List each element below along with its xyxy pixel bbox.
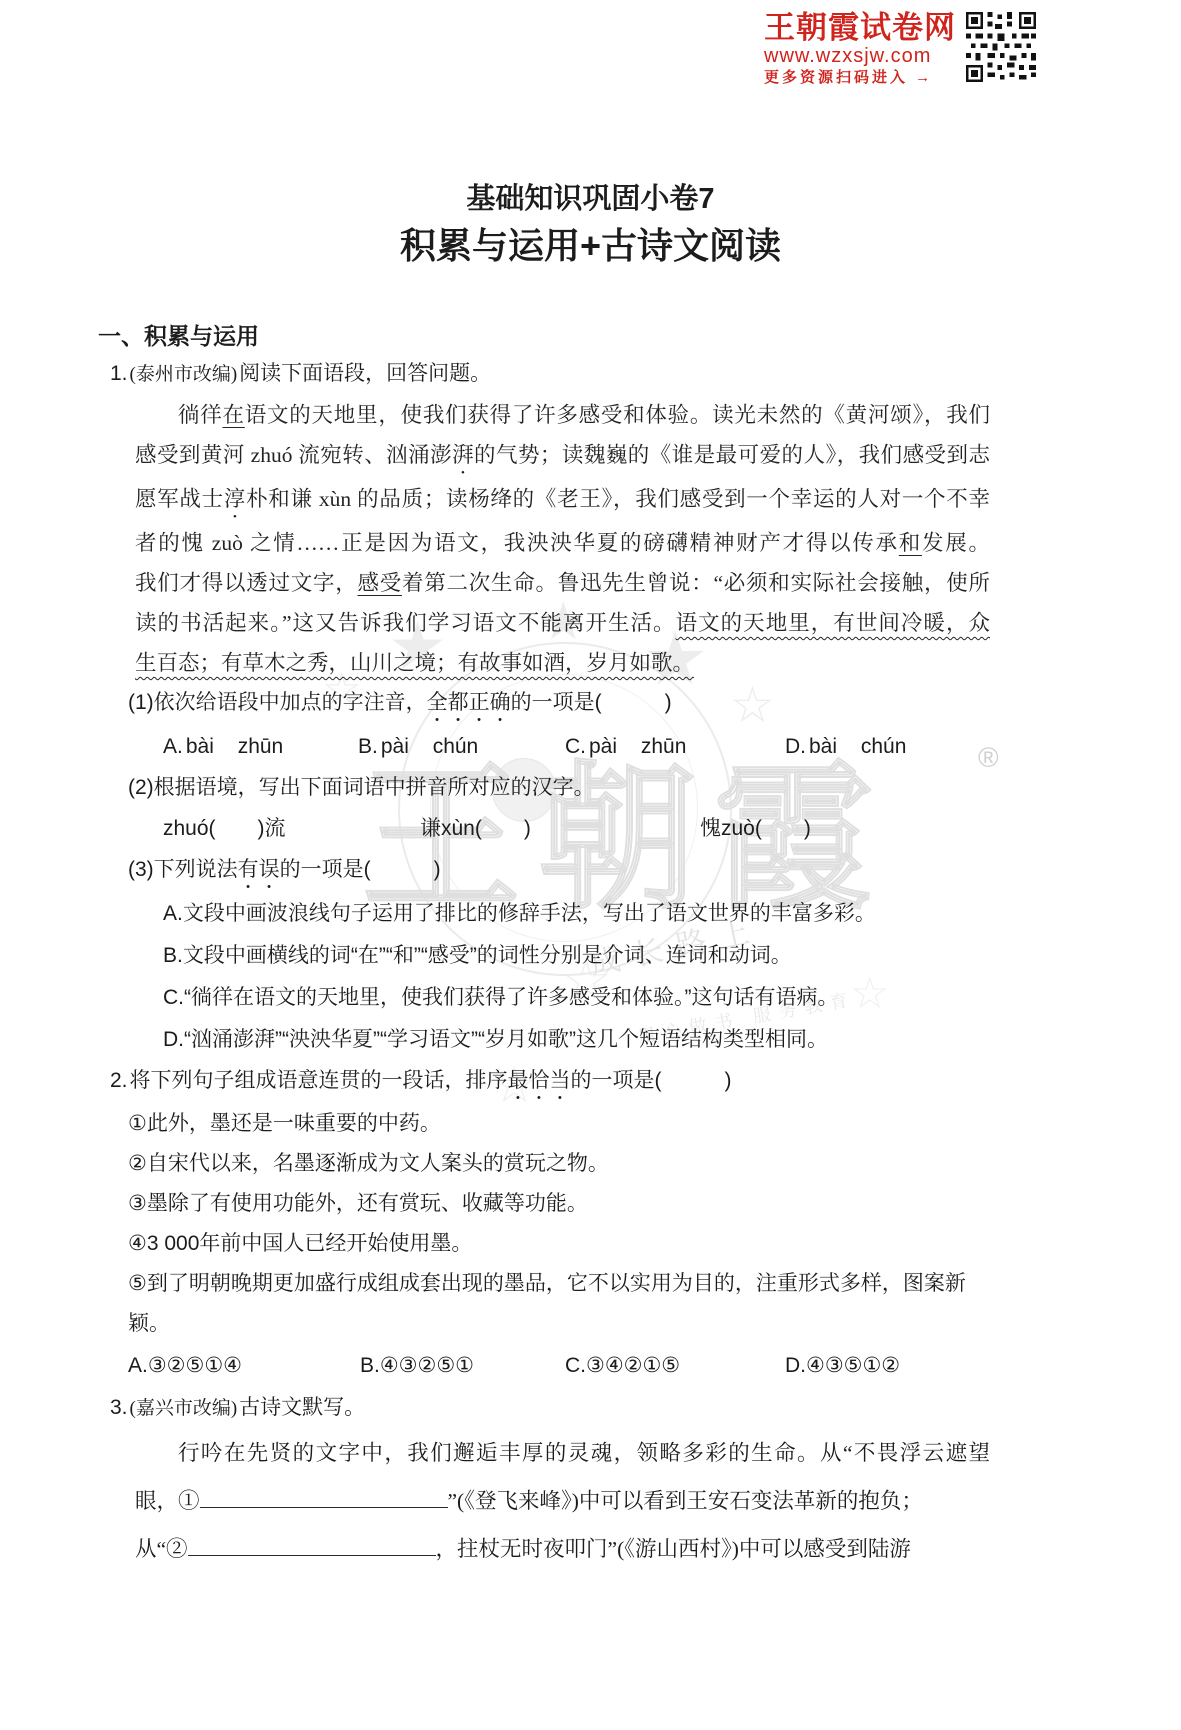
question-3-head: 3.(嘉兴市改编)古诗文默写。: [110, 1388, 990, 1429]
dictation-line: 从“②，拄杖无时夜叩门”(《游山西村》)中可以感受到陆游: [135, 1525, 990, 1573]
option-b: B.④③②⑤①: [360, 1344, 565, 1388]
question-number: 1.: [110, 362, 128, 385]
passage-line: 生百态；有草木之秀，山川之境；有故事如酒，岁月如歌。: [135, 643, 990, 683]
passage-line: 愿军战士淳朴和谦 xùn 的品质；读杨绛的《老王》，我们感受到一个幸运的人对一个…: [135, 479, 990, 523]
option-text: bài chún: [809, 735, 906, 758]
option-label: B.: [360, 1354, 380, 1377]
option-d: D.④③⑤①②: [785, 1344, 900, 1388]
question-1-head: 1.(泰州市改编)阅读下面语段，回答问题。: [110, 354, 990, 395]
order-options-row: A.③②⑤①④ B.④③②⑤① C.③④②①⑤ D.④③⑤①②: [128, 1344, 990, 1388]
question-2: 2.将下列句子组成语意连贯的一段话，排序最恰当的一项是( ) ①此外，墨还是一味…: [98, 1061, 990, 1388]
option-a: A.bài zhūn: [163, 726, 358, 768]
option-text: bài zhūn: [186, 735, 283, 758]
site-tagline: 更多资源扫码进入 →: [764, 68, 956, 88]
option-b: B.pài chún: [358, 726, 565, 768]
hanzi-blank-row: zhuó( )流 谦xùn( ) 愧zuò( ): [163, 808, 990, 850]
doc-title: 积累与运用+古诗文阅读: [0, 224, 1181, 268]
site-url: www.wzxsjw.com: [764, 44, 956, 68]
option-b: B.文段中画横线的词“在”“和”“感受”的词性分别是介词、连词和动词。: [163, 935, 990, 977]
hanzi-blank: 谦xùn( ): [420, 808, 700, 850]
question-source: (嘉兴市改编): [130, 1398, 238, 1419]
question-3: 3.(嘉兴市改编)古诗文默写。 行吟在先贤的文字中，我们邂逅丰厚的灵魂，领略多彩…: [98, 1388, 990, 1573]
option-label: B.: [358, 735, 378, 758]
hanzi-blank: zhuó( )流: [163, 808, 420, 850]
sentence-5: ⑤到了明朝晚期更加盛行成组成套出现的墨品，它不以实用为目的，注重形式多样，图案新…: [128, 1264, 990, 1344]
option-d: D.“汹涌澎湃”“泱泱华夏”“学习语文”“岁月如歌”这几个短语结构类型相同。: [163, 1019, 990, 1061]
option-d: D.bài chún: [785, 726, 906, 768]
section-heading: 一、积累与运用: [98, 318, 990, 354]
site-header: 王朝霞试卷网 www.wzxsjw.com 更多资源扫码进入 →: [764, 12, 1036, 88]
sentence-2: ②自宋代以来，名墨逐渐成为文人案头的赏玩之物。: [128, 1144, 990, 1184]
option-c: C.“徜徉在语文的天地里，使我们获得了许多感受和体验。”这句话有语病。: [163, 977, 990, 1019]
content: 一、积累与运用 1.(泰州市改编)阅读下面语段，回答问题。 徜徉在语文的天地里，…: [98, 318, 990, 1573]
passage-line: 读的书活起来。”这又告诉我们学习语文不能离开生活。语文的天地里，有世间冷暖，众: [135, 603, 990, 643]
option-label: D.: [785, 735, 806, 758]
option-text: ③②⑤①④: [148, 1354, 242, 1377]
option-text: ③④②①⑤: [586, 1354, 680, 1377]
sentence-1: ①此外，墨还是一味重要的中药。: [128, 1104, 990, 1144]
passage-line: 我们才得以透过文字，感受着第二次生命。鲁迅先生曾说：“必须和实际社会接触，使所: [135, 563, 990, 603]
question-stem: 将下列句子组成语意连贯的一段话，排序最恰当的一项是( ): [130, 1069, 732, 1092]
option-a: A.③②⑤①④: [128, 1344, 360, 1388]
site-name: 王朝霞试卷网: [764, 12, 956, 44]
question-source: (泰州市改编): [130, 364, 238, 385]
option-c: C.③④②①⑤: [565, 1344, 785, 1388]
passage: 徜徉在语文的天地里，使我们获得了许多感受和体验。读光未然的《黄河颂》，我们 感受…: [135, 395, 990, 683]
question-1: 1.(泰州市改编)阅读下面语段，回答问题。 徜徉在语文的天地里，使我们获得了许多…: [98, 354, 990, 1061]
question-stem: 阅读下面语段，回答问题。: [239, 362, 491, 385]
option-a: A.文段中画波浪线句子运用了排比的修辞手法，写出了语文世界的丰富多彩。: [163, 893, 990, 935]
question-2-head: 2.将下列句子组成语意连贯的一段话，排序最恰当的一项是( ): [110, 1061, 990, 1104]
option-label: D.: [785, 1354, 806, 1377]
doc-subtitle: 基础知识巩固小卷7: [0, 182, 1181, 216]
sub-question-2-stem: (2)根据语境，写出下面词语中拼音所对应的汉字。: [128, 768, 990, 808]
passage-line: 者的愧 zuò 之情……正是因为语文，我泱泱华夏的磅礴精神财产才得以传承和发展。: [135, 523, 990, 563]
sub-question-1-stem: (1)依次给语段中加点的字注音，全都正确的一项是( ): [128, 683, 990, 726]
option-c: C.pài zhūn: [565, 726, 785, 768]
qr-code-icon: [966, 12, 1036, 82]
dictation-passage: 行吟在先贤的文字中，我们邂逅丰厚的灵魂，领略多彩的生命。从“不畏浮云遮望 眼，①…: [135, 1429, 990, 1573]
dictation-line: 眼，①”(《登飞来峰》)中可以看到王安石变法革新的抱负；: [135, 1477, 990, 1525]
hanzi-blank: 愧zuò( ): [700, 808, 811, 850]
question-stem: 古诗文默写。: [239, 1396, 365, 1419]
passage-line: 感受到黄河 zhuó 流宛转、汹涌澎湃的气势；读魏巍的《谁是最可爱的人》，我们感…: [135, 435, 990, 479]
sentence-3: ③墨除了有使用功能外，还有赏玩、收藏等功能。: [128, 1184, 990, 1224]
option-text: pài chún: [381, 735, 478, 758]
site-brand-text: 王朝霞试卷网 www.wzxsjw.com 更多资源扫码进入 →: [764, 12, 956, 88]
sub-question-3-stem: (3)下列说法有误的一项是( ): [128, 850, 990, 893]
option-text: ④③②⑤①: [380, 1354, 474, 1377]
option-label: C.: [565, 735, 586, 758]
pinyin-options-row: A.bài zhūn B.pài chún C.pài zhūn D.bài c…: [163, 726, 990, 768]
option-text: pài zhūn: [589, 735, 686, 758]
option-text: ④③⑤①②: [806, 1354, 900, 1377]
option-label: A.: [163, 735, 183, 758]
question-number: 2.: [110, 1069, 128, 1092]
question-number: 3.: [110, 1396, 128, 1419]
option-label: C.: [565, 1354, 586, 1377]
passage-line: 徜徉在语文的天地里，使我们获得了许多感受和体验。读光未然的《黄河颂》，我们: [135, 395, 990, 435]
sentence-4: ④3 000年前中国人已经开始使用墨。: [128, 1224, 990, 1264]
exam-page: ★ ★ ★ ☆ ☆ ☆ ☆ ☆ 王朝霞 ® 成长路上 用心做书 服务教育 王朝霞…: [0, 0, 1181, 1730]
dictation-line: 行吟在先贤的文字中，我们邂逅丰厚的灵魂，领略多彩的生命。从“不畏浮云遮望: [135, 1429, 990, 1477]
option-label: A.: [128, 1354, 148, 1377]
